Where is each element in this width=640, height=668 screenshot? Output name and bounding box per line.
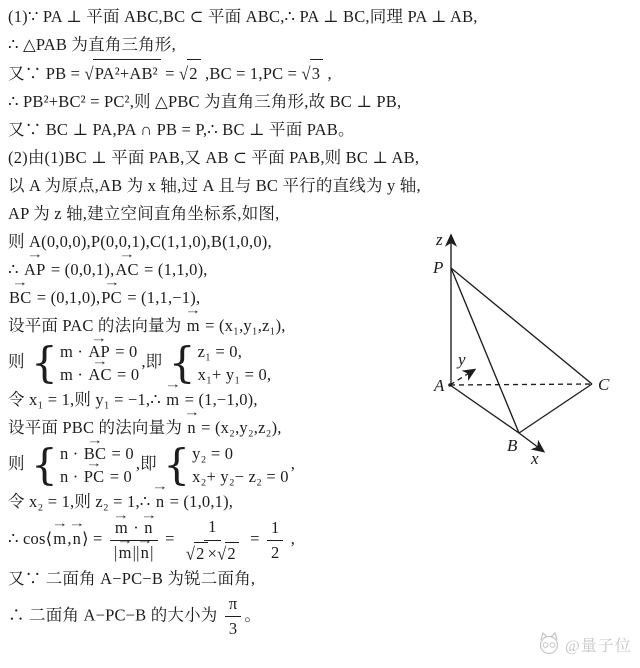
brace-icon: { (31, 448, 58, 482)
vector-m: →m (52, 525, 67, 553)
denominator: √2×√2 (182, 541, 243, 565)
solution-line-1: (1)∵ PA ⊥ 平面 ABC,BC ⊂ 平面 ABC,∴ PA ⊥ BC,同… (8, 3, 508, 31)
brace-icon: { (169, 346, 196, 380)
vector-arrow-icon: → (68, 517, 85, 529)
vector-n: →n (140, 542, 150, 564)
vector-arrow-icon: → (152, 480, 169, 492)
watermark-text: @量子位 (565, 633, 632, 656)
equation-system: {z₁ = 0,x₁+ y₁ = 0, (169, 340, 272, 386)
vector-arrow-icon: → (26, 248, 43, 260)
square-root: √2 (217, 542, 239, 565)
vector-arrow-icon: → (185, 304, 202, 316)
radical-icon: √ (301, 59, 310, 89)
solution-line-19: 又∵ 二面角 A−PC−B 为锐二面角, (8, 565, 508, 593)
brace-icon: { (163, 448, 190, 482)
vector-arrow-icon: → (136, 534, 153, 546)
square-root: √2 (179, 59, 201, 88)
vector-n: →n (186, 414, 196, 442)
radicand: 2 (225, 542, 238, 565)
denominator: 2 (267, 541, 283, 564)
vector-PC: →PC (100, 284, 123, 312)
equation-system: {y₂ = 0x₂+ y₂− z₂ = 0 (163, 442, 289, 488)
brace-icon: { (31, 346, 58, 380)
vector-arrow-icon: → (92, 355, 109, 367)
system-row: x₁+ y₁ = 0, (198, 363, 272, 386)
vector-arrow-icon: → (164, 378, 181, 390)
equation-system: {m · →AP = 0m · →AC = 0 (31, 340, 139, 386)
square-root: √PA²+AB² (84, 59, 160, 88)
solution-line-3: 又∵ PB = √PA²+AB² = √2 ,BC = 1,PC = √3 , (8, 59, 508, 88)
radicand: PA²+AB² (93, 59, 161, 88)
vector-m: →m (165, 386, 180, 414)
fraction: π3 (225, 593, 242, 641)
denominator: 3 (225, 617, 241, 640)
radical-icon: √ (186, 542, 195, 566)
diagram-label-C: C (598, 375, 610, 394)
solution-line-2: ∴ △PAB 为直角三角形, (8, 31, 508, 59)
radical-icon: √ (84, 59, 93, 89)
radical-icon: √ (179, 59, 188, 89)
solution-line-18: ∴ cos⟨→m,→n⟩ = →m · →n|→m||→n| = 1√2×√2 … (8, 516, 508, 565)
numerator: π (225, 593, 242, 617)
diagram-axis-y (450, 370, 474, 385)
vector-BC: →BC (8, 284, 32, 312)
vector-m: →m (186, 312, 201, 340)
fraction: 12 (267, 517, 283, 565)
system-rows: n · →BC = 0n · →PC = 0 (60, 442, 134, 488)
radicand: 3 (310, 59, 323, 88)
radical-icon: √ (217, 542, 226, 566)
solution-line-20: ∴ 二面角 A−PC−B 的大小为 π3。 (8, 593, 508, 641)
radicand: 2 (187, 59, 200, 88)
diagram-label-z: z (435, 230, 443, 249)
watermark-qbitai: @量子位 (536, 630, 632, 658)
system-rows: y₂ = 0x₂+ y₂− z₂ = 0 (192, 442, 289, 488)
solution-line-4: ∴ PB²+BC² = PC²,则 △PBC 为直角三角形,故 BC ⊥ PB, (8, 88, 508, 116)
radicand: 2 (194, 542, 207, 565)
system-rows: m · →AP = 0m · →AC = 0 (60, 340, 139, 386)
vector-arrow-icon: → (183, 406, 200, 418)
vector-arrow-icon: → (91, 332, 108, 344)
vector-arrow-icon: → (12, 276, 29, 288)
diagram-edge-bc (519, 384, 592, 433)
system-row: y₂ = 0 (192, 442, 289, 465)
fraction: 1√2×√2 (182, 516, 243, 565)
vector-PC: →PC (83, 465, 106, 488)
diagram-label-P: P (432, 258, 443, 277)
vector-m: →m (118, 542, 133, 564)
diagram-edge-pc (451, 268, 592, 384)
solution-line-8: AP 为 z 轴,建立空间直角坐标系,如图, (8, 200, 508, 228)
system-row: z₁ = 0, (198, 340, 272, 363)
vector-arrow-icon: → (140, 509, 157, 521)
numerator: 1 (204, 516, 220, 540)
vector-arrow-icon: → (113, 509, 130, 521)
vector-arrow-icon: → (51, 517, 68, 529)
diagram-label-y: y (456, 350, 466, 369)
system-rows: z₁ = 0,x₁+ y₁ = 0, (198, 340, 272, 386)
vector-arrow-icon: → (119, 248, 136, 260)
fraction: →m · →n|→m||→n| (110, 517, 158, 565)
coordinate-diagram: zPACBxy (410, 228, 640, 473)
diagram-label-B: B (507, 436, 518, 455)
vector-arrow-icon: → (86, 457, 103, 469)
numerator: 1 (267, 517, 283, 541)
system-row: n · →PC = 0 (60, 465, 134, 488)
diagram-container: zPACBxy (410, 228, 640, 473)
solution-line-7: 以 A 为原点,AB 为 x 轴,过 A 且与 BC 平行的直线为 y 轴, (8, 172, 508, 200)
diagram-edge-ac (450, 384, 592, 385)
denominator: |→m||→n| (110, 541, 158, 564)
diagram-origin-dot (448, 383, 452, 387)
system-row: x₂+ y₂− z₂ = 0 (192, 465, 289, 488)
diagram-label-x: x (530, 449, 539, 468)
solution-line-5: 又∵ BC ⊥ PA,PA ∩ PB = P,∴ BC ⊥ 平面 PAB。 (8, 116, 508, 144)
system-row: m · →AC = 0 (60, 363, 139, 386)
vector-arrow-icon: → (117, 534, 134, 546)
diagram-label-A: A (433, 376, 445, 395)
vector-arrow-icon: → (103, 276, 120, 288)
solution-line-17: 令 x₂ = 1,则 z₂ = 1,∴ →n = (1,0,1), (8, 488, 508, 516)
vector-n: →n (72, 525, 82, 553)
solution-line-6: (2)由(1)BC ⊥ 平面 PAB,又 AB ⊂ 平面 PAB,则 BC ⊥ … (8, 144, 508, 172)
vector-arrow-icon: → (87, 434, 104, 446)
qbitai-cat-icon (536, 632, 562, 656)
square-root: √3 (301, 59, 323, 88)
vector-AC: →AC (87, 363, 112, 386)
square-root: √2 (186, 542, 208, 565)
equation-system: {n · →BC = 0n · →PC = 0 (31, 442, 134, 488)
